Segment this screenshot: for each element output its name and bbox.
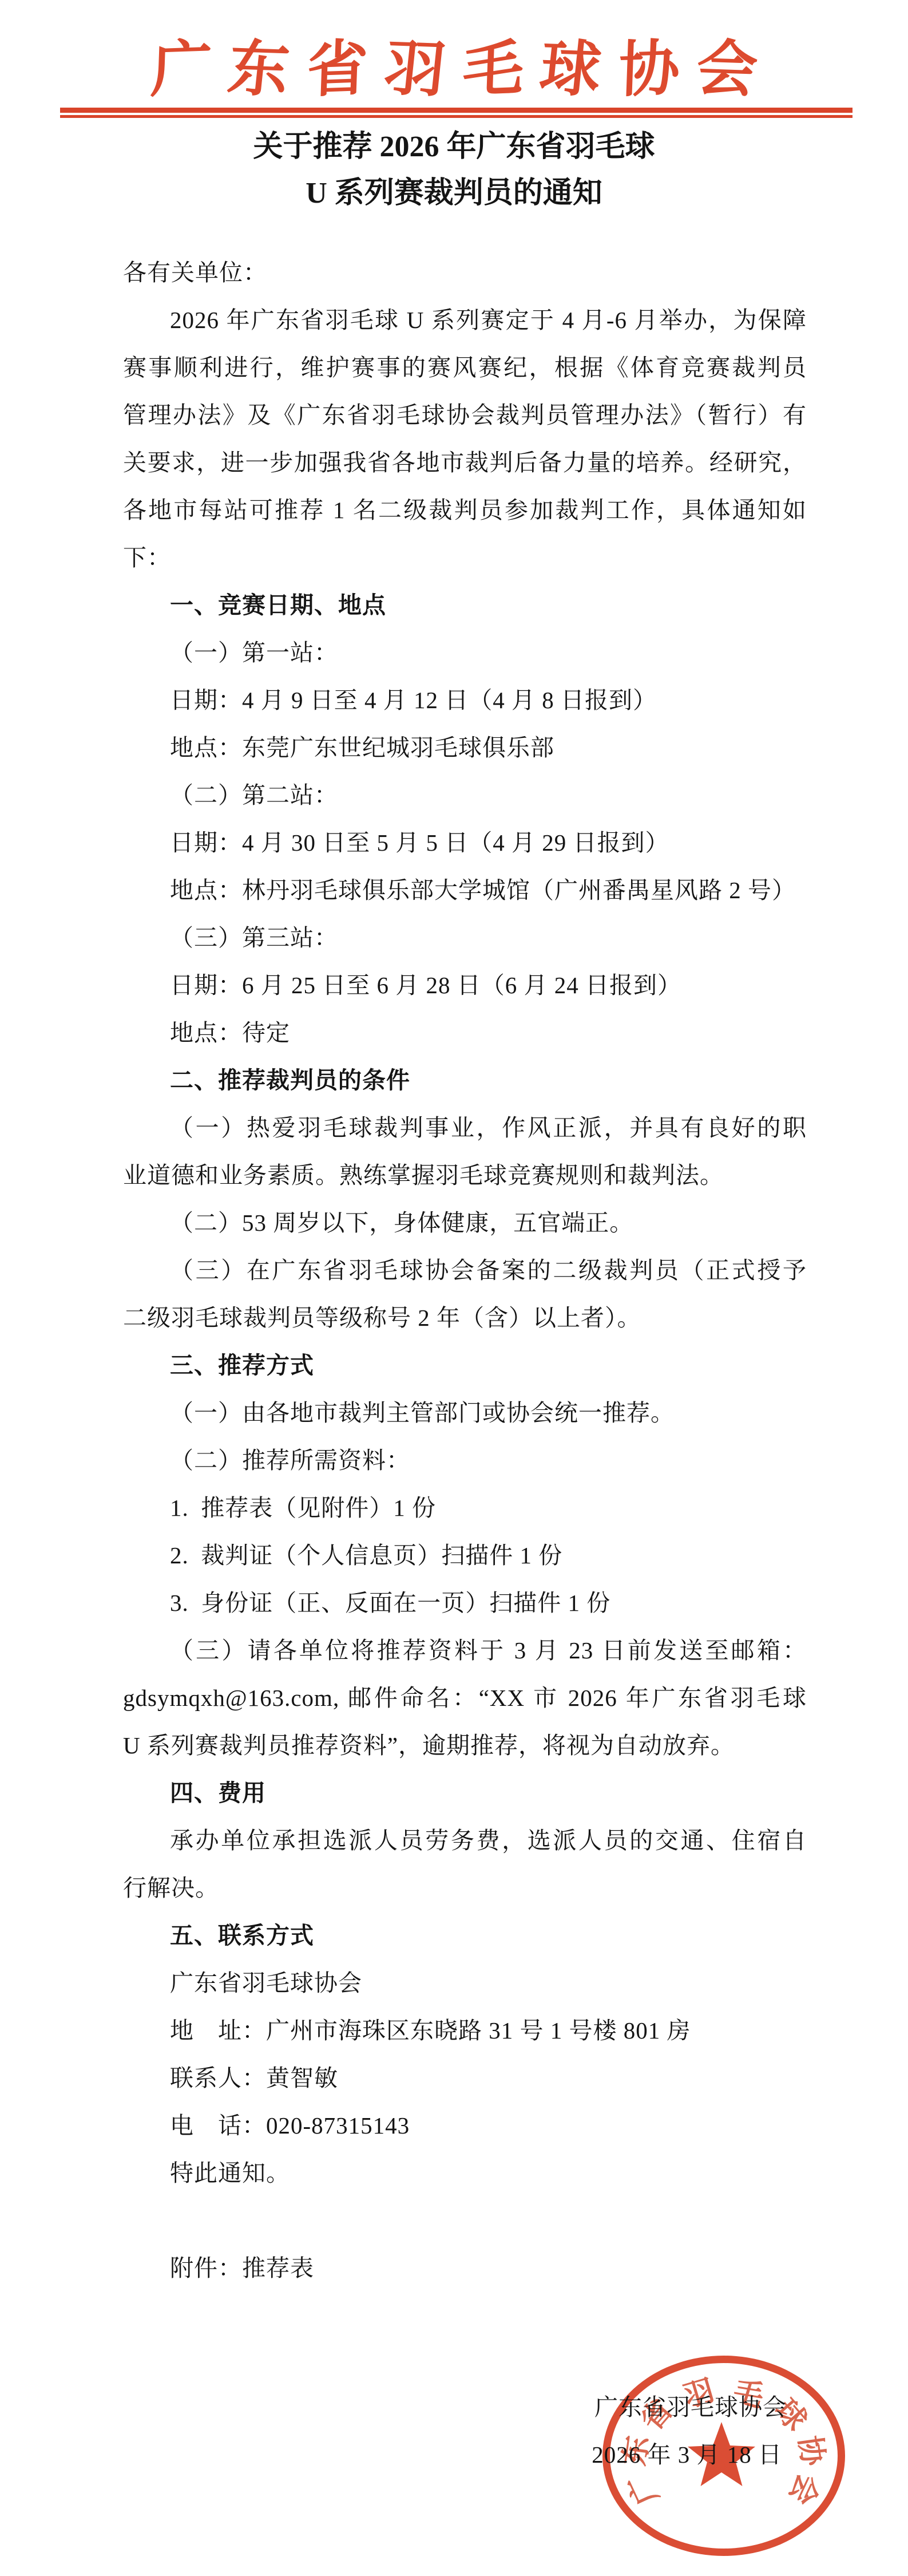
- body-line: 2026 年广东省羽毛球 U 系列赛定于 4 月-6 月举办，为保障: [123, 297, 807, 344]
- document-title-line2: U 系列赛裁判员的通知: [0, 170, 908, 216]
- letterhead-char: 羽: [380, 19, 450, 109]
- body-line: （三）请各单位将推荐资料于 3 月 23 日前发送至邮箱：: [123, 1627, 807, 1674]
- body-line: gdsymqxh@163.com, 邮件命名：“XX 市 2026 年广东省羽毛…: [123, 1674, 807, 1722]
- body-line: 日期：6 月 25 日至 6 月 28 日（6 月 24 日报到）: [123, 962, 807, 1009]
- body-line: 行解决。: [123, 1864, 807, 1912]
- body-line: 特此通知。: [123, 2150, 807, 2197]
- signature-date: 2026 年 3 月 18 日: [592, 2436, 782, 2470]
- seal-char: 会: [781, 2468, 832, 2513]
- body-line: 四、费用: [123, 1769, 807, 1817]
- body-line: （二）第二站：: [123, 772, 807, 819]
- body-line: 附件：推荐表: [123, 2245, 807, 2292]
- body-line: （一）第一站：: [123, 629, 807, 677]
- body-line: 地点：东莞广东世纪城羽毛球俱乐部: [123, 724, 807, 772]
- body-line: （一）由各地市裁判主管部门或协会统一推荐。: [123, 1389, 807, 1437]
- body-line: （二）推荐所需资料：: [123, 1437, 807, 1484]
- body-line: 二级羽毛球裁判员等级称号 2 年（含）以上者）。: [123, 1294, 807, 1342]
- body-line: 五、联系方式: [123, 1912, 807, 1959]
- body-line: 各有关单位：: [123, 249, 807, 297]
- body-line: 一、竞赛日期、地点: [123, 582, 807, 629]
- body-line: 赛事顺利进行，维护赛事的赛风赛纪，根据《体育竞赛裁判员: [123, 344, 807, 392]
- body-line: 3. 身份证（正、反面在一页）扫描件 1 份: [123, 1579, 807, 1627]
- letterhead-char: 广: [149, 19, 213, 109]
- document-title: 关于推荐 2026 年广东省羽毛球 U 系列赛裁判员的通知: [0, 124, 908, 216]
- body-line: 联系人：黄智敏: [123, 2055, 807, 2102]
- letterhead-char: 协: [617, 19, 681, 109]
- seal-char: 广: [615, 2468, 667, 2513]
- notice-page: 广东省羽毛球协会 关于推荐 2026 年广东省羽毛球 U 系列赛裁判员的通知 各…: [0, 0, 908, 2576]
- signature-org: 广东省羽毛球协会: [594, 2388, 787, 2422]
- seal-char: 协: [791, 2432, 838, 2468]
- body-line: 1. 推荐表（见附件）1 份: [123, 1484, 807, 1532]
- letterhead-char: 省: [305, 19, 369, 109]
- body-line: （一）热爱羽毛球裁判事业，作风正派，并具有良好的职: [123, 1104, 807, 1152]
- letterhead-rule-thin: [60, 115, 853, 118]
- body-line: 三、推荐方式: [123, 1342, 807, 1389]
- letterhead-char: 毛: [461, 19, 525, 109]
- body-text: 各有关单位：2026 年广东省羽毛球 U 系列赛定于 4 月-6 月举办，为保障…: [123, 249, 807, 2292]
- letterhead-rule-thick: [60, 108, 853, 113]
- body-line: （三）在广东省羽毛球协会备案的二级裁判员（正式授予: [123, 1247, 807, 1294]
- body-line: 广东省羽毛球协会: [123, 1959, 807, 2007]
- body-line: 关要求，进一步加强我省各地市裁判后备力量的培养。经研究，: [123, 439, 807, 487]
- body-line: （三）第三站：: [123, 914, 807, 962]
- body-line: 电 话：020-87315143: [123, 2102, 807, 2150]
- body-line: （二）53 周岁以下，身体健康，五官端正。: [123, 1199, 807, 1247]
- body-line: 各地市每站可推荐 1 名二级裁判员参加裁判工作，具体通知如: [123, 487, 807, 534]
- body-blank-line: [123, 2197, 807, 2245]
- body-line: 地点：林丹羽毛球俱乐部大学城馆（广州番禺星风路 2 号）: [123, 867, 807, 914]
- body-line: 2. 裁判证（个人信息页）扫描件 1 份: [123, 1532, 807, 1579]
- body-line: U 系列赛裁判员推荐资料”，逾期推荐，将视为自动放弃。: [123, 1722, 807, 1769]
- body-line: 二、推荐裁判员的条件: [123, 1057, 807, 1104]
- body-line: 承办单位承担选派人员劳务费，选派人员的交通、住宿自: [123, 1817, 807, 1864]
- letterhead-char: 会: [692, 19, 762, 109]
- body-line: 下：: [123, 534, 807, 582]
- letterhead-char: 东: [224, 19, 294, 109]
- document-title-line1: 关于推荐 2026 年广东省羽毛球: [0, 124, 908, 170]
- letterhead-char: 球: [536, 19, 606, 109]
- body-line: 日期：4 月 30 日至 5 月 5 日（4 月 29 日报到）: [123, 819, 807, 867]
- body-line: 地 址：广州市海珠区东晓路 31 号 1 号楼 801 房: [123, 2007, 807, 2055]
- body-line: 日期：4 月 9 日至 4 月 12 日（4 月 8 日报到）: [123, 677, 807, 724]
- body-line: 地点：待定: [123, 1009, 807, 1057]
- body-line: 管理办法》及《广东省羽毛球协会裁判员管理办法》（暂行）有: [123, 392, 807, 439]
- letterhead-org-name: 广东省羽毛球协会: [148, 29, 760, 100]
- body-line: 业道德和业务素质。熟练掌握羽毛球竞赛规则和裁判法。: [123, 1152, 807, 1199]
